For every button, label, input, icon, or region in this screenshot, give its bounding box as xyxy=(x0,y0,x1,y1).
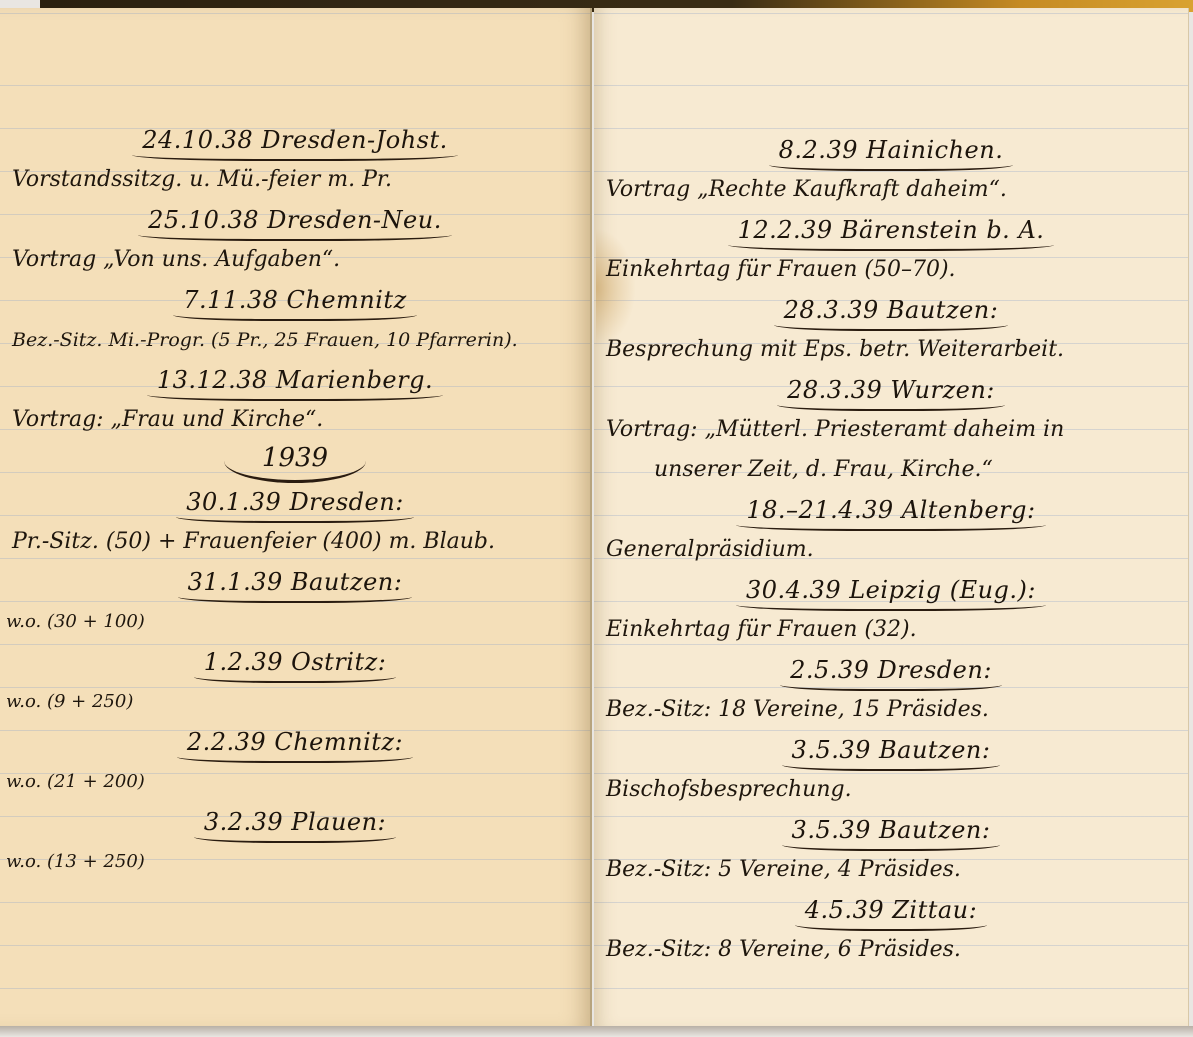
entry-note: Vortrag „Von uns. Aufgaben“. xyxy=(0,240,590,280)
entry-heading: 25.10.38 Dresden-Neu. xyxy=(138,203,452,241)
diary-entry: 24.10.38 Dresden-Johst. Vorstandssitzg. … xyxy=(0,120,590,200)
entry-note: Einkehrtag für Frauen (32). xyxy=(594,610,1188,650)
diary-entry: 13.12.38 Marienberg. Vortrag: „Frau und … xyxy=(0,360,590,440)
entry-note: Bez.-Sitz: 8 Vereine, 6 Präsides. xyxy=(594,930,1188,970)
entry-heading: 3.5.39 Bautzen: xyxy=(782,813,1001,851)
entry-heading: 4.5.39 Zittau: xyxy=(795,893,987,931)
entry-heading: 3.2.39 Plauen: xyxy=(194,805,396,843)
entry-note: w.o. (30 + 100) xyxy=(0,602,590,642)
entry-note: Bez.-Sitz: 18 Vereine, 15 Präsides. xyxy=(594,690,1188,730)
diary-entry: 1.2.39 Ostritz: w.o. (9 + 250) xyxy=(0,642,590,722)
diary-entry: 7.11.38 Chemnitz Bez.-Sitz. Mi.-Progr. (… xyxy=(0,280,590,360)
diary-entry: 25.10.38 Dresden-Neu. Vortrag „Von uns. … xyxy=(0,200,590,280)
entry-note: Bez.-Sitz. Mi.-Progr. (5 Pr., 25 Frauen,… xyxy=(0,320,590,360)
open-notebook: 24.10.38 Dresden-Johst. Vorstandssitzg. … xyxy=(0,0,1193,1030)
entry-note: Einkehrtag für Frauen (50–70). xyxy=(594,250,1188,290)
entry-note: Vorstandssitzg. u. Mü.-feier m. Pr. xyxy=(0,160,590,200)
entry-note: w.o. (21 + 200) xyxy=(0,762,590,802)
entry-heading: 2.2.39 Chemnitz: xyxy=(177,725,413,763)
entry-note: Bez.-Sitz: 5 Vereine, 4 Präsides. xyxy=(594,850,1188,890)
table-surface xyxy=(0,1026,1193,1037)
entry-note: Besprechung mit Eps. betr. Weiterarbeit. xyxy=(594,330,1188,370)
diary-entry: 3.5.39 Bautzen: Bez.-Sitz: 5 Vereine, 4 … xyxy=(594,810,1188,890)
entry-heading: 31.1.39 Bautzen: xyxy=(178,565,413,603)
diary-entry: 30.1.39 Dresden: Pr.-Sitz. (50) + Frauen… xyxy=(0,482,590,562)
diary-entry: 8.2.39 Hainichen. Vortrag „Rechte Kaufkr… xyxy=(594,130,1188,210)
entry-note: Vortrag: „Mütterl. Priesteramt daheim in xyxy=(594,410,1188,450)
entry-heading: 28.3.39 Bautzen: xyxy=(774,293,1009,331)
diary-entry: 2.2.39 Chemnitz: w.o. (21 + 200) xyxy=(0,722,590,802)
entry-heading: 30.1.39 Dresden: xyxy=(176,485,414,523)
diary-entry: 3.5.39 Bautzen: Bischofsbesprechung. xyxy=(594,730,1188,810)
left-page: 24.10.38 Dresden-Johst. Vorstandssitzg. … xyxy=(0,8,592,1026)
entry-note: Vortrag: „Frau und Kirche“. xyxy=(0,400,590,440)
entry-heading: 12.2.39 Bärenstein b. A. xyxy=(728,213,1055,251)
diary-entry: 30.4.39 Leipzig (Eug.): Einkehrtag für F… xyxy=(594,570,1188,650)
entry-note: Generalpräsidium. xyxy=(594,530,1188,570)
entry-heading: 2.5.39 Dresden: xyxy=(780,653,1002,691)
diary-entry: 28.3.39 Wurzen: Vortrag: „Mütterl. Pries… xyxy=(594,370,1188,490)
diary-entry: 4.5.39 Zittau: Bez.-Sitz: 8 Vereine, 6 P… xyxy=(594,890,1188,970)
entry-note-continued: unserer Zeit, d. Frau, Kirche.“ xyxy=(594,450,1188,490)
right-page: 8.2.39 Hainichen. Vortrag „Rechte Kaufkr… xyxy=(594,8,1189,1026)
entry-heading: 7.11.38 Chemnitz xyxy=(173,283,416,321)
entry-note: Vortrag „Rechte Kaufkraft daheim“. xyxy=(594,170,1188,210)
entry-heading: 8.2.39 Hainichen. xyxy=(769,133,1014,171)
entry-heading: 30.4.39 Leipzig (Eug.): xyxy=(736,573,1046,611)
entry-note: Pr.-Sitz. (50) + Frauenfeier (400) m. Bl… xyxy=(0,522,590,562)
diary-entry: 12.2.39 Bärenstein b. A. Einkehrtag für … xyxy=(594,210,1188,290)
entry-note: w.o. (9 + 250) xyxy=(0,682,590,722)
entry-note: Bischofsbesprechung. xyxy=(594,770,1188,810)
diary-entry: 3.2.39 Plauen: w.o. (13 + 250) xyxy=(0,802,590,882)
entry-heading: 3.5.39 Bautzen: xyxy=(782,733,1001,771)
left-page-entries: 24.10.38 Dresden-Johst. Vorstandssitzg. … xyxy=(0,120,590,882)
entry-heading: 1.2.39 Ostritz: xyxy=(194,645,397,683)
right-page-entries: 8.2.39 Hainichen. Vortrag „Rechte Kaufkr… xyxy=(594,130,1188,970)
entry-heading: 18.–21.4.39 Altenberg: xyxy=(736,493,1045,531)
diary-entry: 31.1.39 Bautzen: w.o. (30 + 100) xyxy=(0,562,590,642)
diary-entry: 28.3.39 Bautzen: Besprechung mit Eps. be… xyxy=(594,290,1188,370)
year-marker: 1939 xyxy=(224,440,366,483)
diary-entry: 2.5.39 Dresden: Bez.-Sitz: 18 Vereine, 1… xyxy=(594,650,1188,730)
entry-heading: 13.12.38 Marienberg. xyxy=(147,363,443,401)
diary-entry: 18.–21.4.39 Altenberg: Generalpräsidium. xyxy=(594,490,1188,570)
entry-heading: 28.3.39 Wurzen: xyxy=(777,373,1005,411)
entry-heading: 24.10.38 Dresden-Johst. xyxy=(132,123,458,161)
entry-note: w.o. (13 + 250) xyxy=(0,842,590,882)
